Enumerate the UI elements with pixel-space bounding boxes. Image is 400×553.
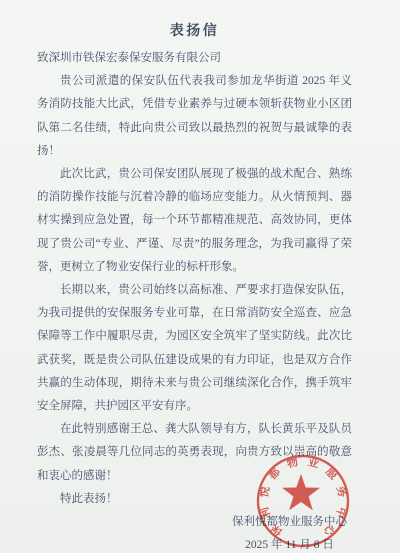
signature-block: 保利悦都物业服务中心 2025 年 11 月 8 日 [37,511,352,553]
letter-title: 表扬信 [37,22,352,42]
paragraph-2: 此次比武，贵公司保安团队展现了极强的战术配合、熟练的消防操作技能与沉着冷静的临场… [37,163,352,279]
paragraph-1: 贵公司派遣的保安队伍代表我司参加龙华街道 2025 年义务消防技能大比武，凭借专… [37,70,352,163]
letter-document: 表扬信 致深圳市铁保宏泰保安服务有限公司 贵公司派遣的保安队伍代表我司参加龙华街… [0,0,400,553]
paragraph-4: 在此特别感谢王总、龚大队领导有方，队长黄乐平及队员彭杰、张凌晨等几位同志的英勇表… [37,418,352,488]
paragraph-3: 长期以来，贵公司始终以高标准、严要求打造保安队伍，为我司提供的安保服务专业可靠，… [37,279,352,418]
signature-date: 2025 年 11 月 8 日 [245,539,334,551]
letter-body: 致深圳市铁保宏泰保安服务有限公司 贵公司派遣的保安队伍代表我司参加龙华街道 20… [37,47,352,511]
closing-phrase: 特此表扬！ [37,488,352,511]
salutation-line: 致深圳市铁保宏泰保安服务有限公司 [37,47,352,70]
signature-organization: 保利悦都物业服务中心 [232,516,347,528]
signature-inner: 保利悦都物业服务中心 2025 年 11 月 8 日 [232,511,347,553]
letter-page: 表扬信 致深圳市铁保宏泰保安服务有限公司 贵公司派遣的保安队伍代表我司参加龙华街… [0,0,400,553]
